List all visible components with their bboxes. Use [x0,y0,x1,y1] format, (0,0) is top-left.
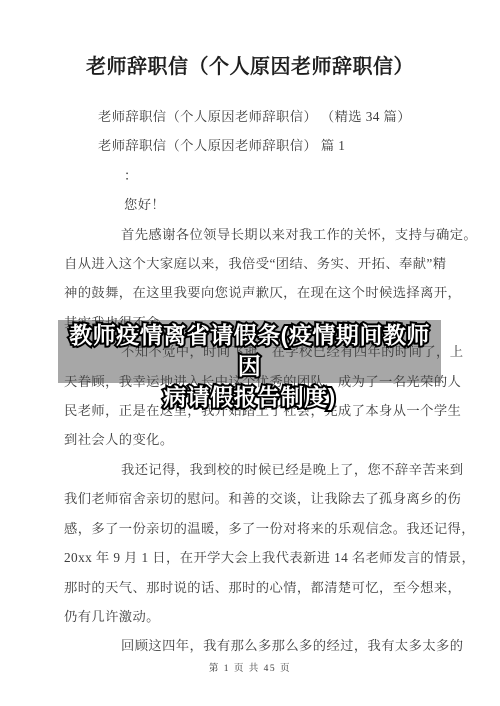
document-page: 老师辞职信（个人原因老师辞职信） 老师辞职信（个人原因老师辞职信） （精选 34… [0,0,500,706]
salutation-colon: ： [64,161,456,190]
body-line: 我们老师宿舍亲切的慰问。和善的交谈，让我除去了孤身离乡的伤 [64,484,456,513]
page-number-footer: 第 1 页 共 45 页 [0,660,500,674]
body-line: 神的鼓舞，在这里我要向您说声歉仄，在现在这个时候选择离开， [64,278,456,307]
body-line: 我还记得，我到校的时候已经是晚上了，您不辞辛苦来到 [64,455,456,484]
body-line: 自从进入这个大家庭以来，我倍受“团结、务实、开拓、奉献”精 [64,249,456,278]
watermark-line2: 病请假报告制度) [58,382,441,413]
section-heading: 老师辞职信（个人原因老师辞职信） 篇 1 [64,131,456,160]
document-body: 首先感谢各位领导长期以来对我工作的关怀，支持与确定。自从进入这个大家庭以来，我倍… [64,220,456,661]
document-title: 老师辞职信（个人原因老师辞职信） [0,0,500,80]
body-line: 仍有几许激动。 [64,602,456,631]
body-line: 首先感谢各位领导长期以来对我工作的关怀，支持与确定。 [64,220,456,249]
greeting-line: 您好！ [64,190,456,219]
watermark-overlay: 教师疫情离省请假条(疫情期间教师因 病请假报告制度) [58,320,441,383]
body-line: 20xx 年 9 月 1 日，在开学大会上我代表新进 14 名老师发言的情景， [64,543,456,572]
document-subtitle: 老师辞职信（个人原因老师辞职信） （精选 34 篇） [64,102,456,131]
body-line: 到社会人的变化。 [64,425,456,454]
body-line: 那时的天气、那时说的话、那时的心情，都清楚可忆，至今想来， [64,573,456,602]
body-line: 感，多了一份亲切的温暖，多了一份对将来的乐观信念。我还记得， [64,514,456,543]
watermark-line1: 教师疫情离省请假条(疫情期间教师因 [58,320,441,382]
body-line: 回顾这四年，我有那么多那么多的经过，我有太多太多的 [64,631,456,660]
